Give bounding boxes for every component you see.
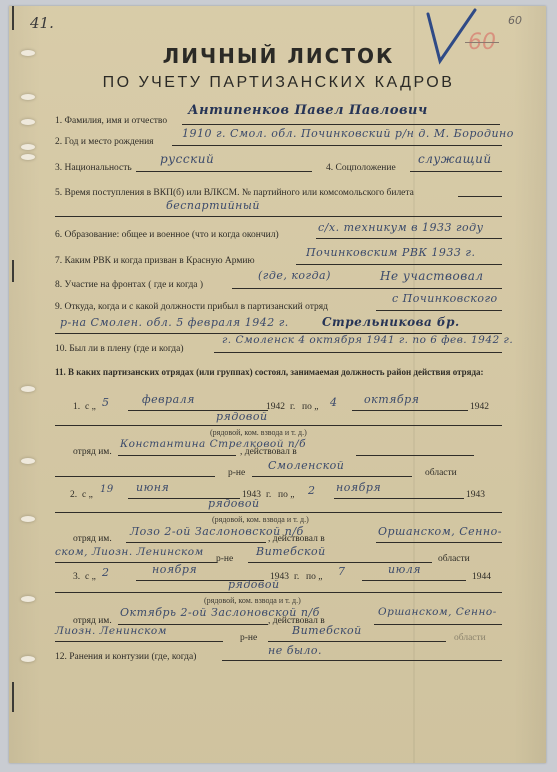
field-4-line <box>410 171 502 172</box>
field-9-value-line1: с Починковского <box>392 292 498 305</box>
field-10-label: 10. Был ли в плену (где и когда) <box>55 344 184 354</box>
entry-2-to-line <box>334 498 464 499</box>
field-3-value: русский <box>160 152 214 166</box>
form-subtitle: ПО УЧЕТУ ПАРТИЗАНСКИХ КАДРОВ <box>0 74 557 92</box>
field-5-line-2 <box>55 216 502 217</box>
entry-2-to-day: 2 <box>308 484 316 497</box>
field-7-value: Починковским РВК 1933 г. <box>306 246 475 259</box>
field-6-line <box>316 238 502 239</box>
entry-2-acted-in: , действовал в <box>268 534 325 544</box>
punch-hole <box>21 386 35 392</box>
field-5-line <box>458 196 502 197</box>
field-10-value: г. Смоленск 4 октября 1941 г. по 6 фев. … <box>222 334 513 346</box>
entry-1-to-prefix: по „ <box>302 402 318 412</box>
field-3-label: 3. Национальность <box>55 163 132 173</box>
edge-mark <box>12 6 14 30</box>
entry-1-to-day: 4 <box>330 396 338 409</box>
entry-2-acted-value: Оршанском, Сенно- <box>378 525 502 538</box>
entry-2-detachment-line <box>126 542 266 543</box>
entry-2-year-suffix: г. <box>266 490 271 500</box>
field-5-value: беспартийный <box>166 199 260 212</box>
entry-3-position: рядовой <box>228 578 280 591</box>
entry-1-position-line <box>55 425 502 426</box>
entry-1-position-hint: (рядовой, ком. взвода и т. д.) <box>210 428 307 437</box>
punch-hole <box>21 119 35 125</box>
field-10-line <box>214 352 502 353</box>
entry-1-region-suffix: области <box>425 468 457 478</box>
entry-3-district-line <box>55 641 223 642</box>
field-4-label: 4. Соцположение <box>326 163 396 173</box>
entry-3-to-day: 7 <box>338 565 346 578</box>
field-9-line <box>376 310 502 311</box>
edge-mark <box>12 682 14 712</box>
field-9-value-line2a: р-на Смолен. обл. 5 февраля 1942 г. <box>60 316 289 329</box>
entry-1-to-year: 1942 <box>470 402 489 412</box>
field-8-label: 8. Участие на фронтах ( где и когда ) <box>55 280 203 290</box>
entry-1-num: 1. <box>73 402 80 412</box>
field-12-value: не было. <box>268 644 322 657</box>
field-6-label: 6. Образование: общее и военное (что и к… <box>55 230 279 240</box>
field-5-label: 5. Время поступления в ВКП(б) или ВЛКСМ.… <box>55 188 414 198</box>
entry-3-from-day: 2 <box>102 566 110 579</box>
field-1-value: Антипенков Павел Павлович <box>188 103 428 118</box>
field-9-label: 9. Откуда, когда и с какой должности при… <box>55 302 328 312</box>
entry-3-year-suffix: г. <box>294 572 299 582</box>
entry-3-to-year: 1944 <box>472 572 491 582</box>
entry-2-from-month: июня <box>136 481 169 494</box>
entry-2-district: ском, Лиозн. Ленинском <box>55 546 204 558</box>
entry-2-from-day: 19 <box>100 484 114 495</box>
entry-3-from-month: ноября <box>152 563 197 576</box>
entry-2-region-suffix: области <box>438 554 470 564</box>
pencil-number: 60 <box>508 14 522 27</box>
entry-1-from-prefix: с „ <box>85 402 96 412</box>
entry-1-from-month: февраля <box>142 393 195 406</box>
entry-1-from-year: 1942 <box>266 402 285 412</box>
entry-1-acted-line <box>356 455 474 456</box>
entry-2-position-hint: (рядовой, ком. взвода и т. д.) <box>212 515 309 524</box>
entry-3-region: Витебской <box>292 624 362 637</box>
field-8-value: Не участвовал <box>380 269 484 283</box>
entry-2-position: рядовой <box>208 497 260 510</box>
entry-1-region-line <box>252 476 412 477</box>
field-9-value-line2b: Стрельникова бр. <box>322 315 460 329</box>
punch-hole <box>21 94 35 100</box>
field-12-line <box>222 660 502 661</box>
entry-3-region-suffix: области <box>454 633 486 643</box>
entry-2-to-month: ноября <box>336 481 381 494</box>
entry-3-district-suffix: р-не <box>240 633 257 643</box>
punch-hole <box>21 458 35 464</box>
entry-3-from-prefix: с „ <box>85 572 96 582</box>
entry-1-position: рядовой <box>216 410 268 423</box>
field-1-label: 1. Фамилия, имя и отчество <box>55 116 167 126</box>
entry-1-to-month: октября <box>364 393 419 406</box>
entry-2-position-line <box>55 512 502 513</box>
entry-3-to-prefix: по „ <box>306 572 322 582</box>
entry-2-detachment-prefix: отряд им. <box>73 534 112 544</box>
field-8-line <box>232 288 502 289</box>
paper-fold <box>413 6 415 763</box>
punch-hole <box>21 516 35 522</box>
field-2-line <box>172 145 502 146</box>
entry-2-to-prefix: по „ <box>278 490 294 500</box>
entry-1-detachment-line <box>118 455 236 456</box>
entry-2-district-suffix: р-не <box>216 554 233 564</box>
entry-3-district: Лиозн. Ленинском <box>55 625 167 637</box>
entry-3-region-line <box>268 641 446 642</box>
edge-mark <box>12 260 14 282</box>
entry-1-to-line <box>352 410 468 411</box>
entry-2-from-prefix: с „ <box>82 490 93 500</box>
field-2-value: 1910 г. Смол. обл. Починковский р/н д. М… <box>182 127 514 140</box>
entry-3-acted-line <box>374 624 502 625</box>
field-4-value: служащий <box>418 152 492 166</box>
entry-3-to-line <box>362 580 466 581</box>
entry-2-to-year: 1943 <box>466 490 485 500</box>
form-title: ЛИЧНЫЙ ЛИСТОК <box>0 44 557 68</box>
field-12-label: 12. Ранения и контузии (где, когда) <box>55 652 196 662</box>
entry-2-acted-line <box>376 542 502 543</box>
entry-3-num: 3. <box>73 572 80 582</box>
punch-hole <box>21 144 35 150</box>
entry-1-year-suffix: г. <box>290 402 295 412</box>
field-11-label: 11. В каких партизанских отрядах (или гр… <box>55 366 505 378</box>
entry-1-detachment-prefix: отряд им. <box>73 447 112 457</box>
entry-3-to-month: июля <box>388 563 421 576</box>
entry-1-district-line <box>55 476 215 477</box>
entry-1-region: Смоленской <box>268 459 344 472</box>
punch-hole <box>21 154 35 160</box>
entry-2-num: 2. <box>70 490 77 500</box>
field-7-line <box>296 264 502 265</box>
entry-1-acted-in: , действовал в <box>240 447 297 457</box>
entry-2-region: Витебской <box>256 545 326 558</box>
field-7-label: 7. Каким РВК и когда призван в Красную А… <box>55 256 255 266</box>
entry-3-position-line <box>55 592 502 593</box>
field-8-note: (где, когда) <box>258 269 331 282</box>
entry-3-acted-value: Оршанском, Сенно- <box>378 606 497 618</box>
field-2-label: 2. Год и место рождения <box>55 137 154 147</box>
field-1-line <box>182 124 500 125</box>
punch-hole <box>21 596 35 602</box>
entry-1-district-suffix: р-не <box>228 468 245 478</box>
entry-3-position-hint: (рядовой, ком. взвода и т. д.) <box>204 596 301 605</box>
punch-hole <box>21 656 35 662</box>
sheet-number: 41. <box>30 14 54 32</box>
field-3-line <box>136 171 312 172</box>
field-6-value: с/х. техникум в 1933 году <box>318 221 484 234</box>
entry-1-from-day: 5 <box>102 396 110 409</box>
